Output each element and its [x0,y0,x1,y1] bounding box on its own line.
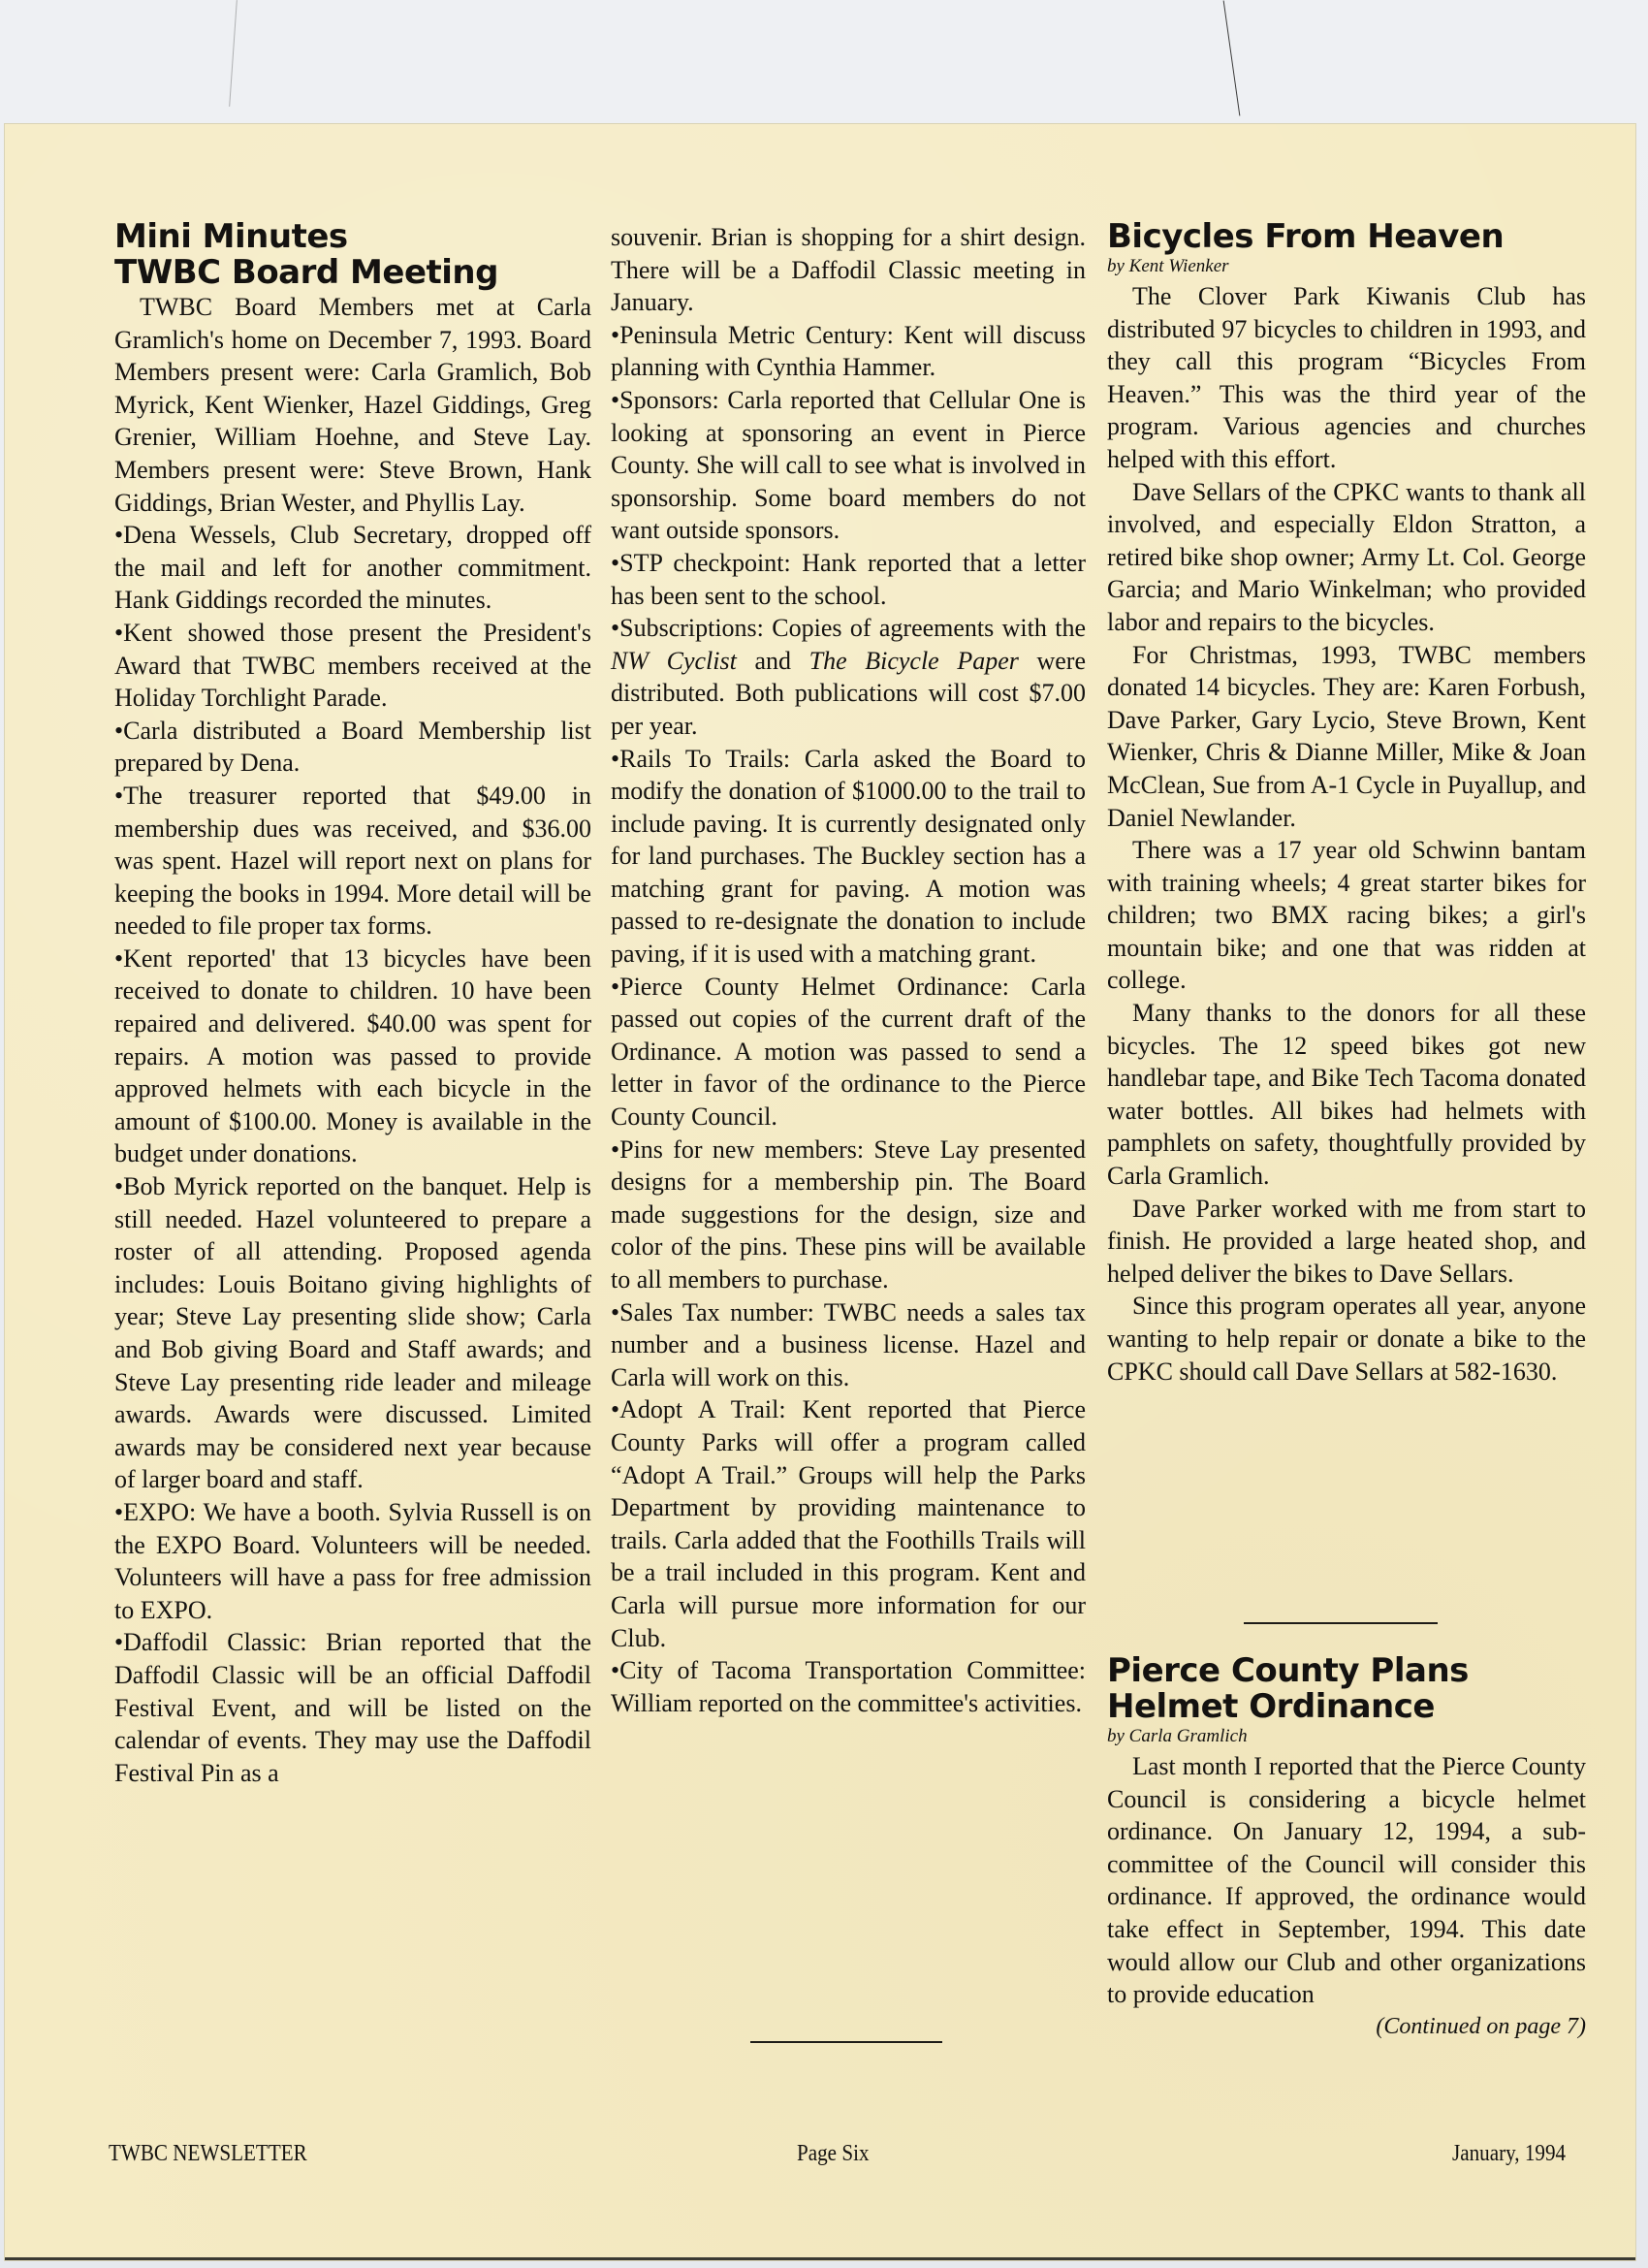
headline-line: Helmet Ordinance [1107,1687,1435,1726]
bullet-item: STP checkpoint: Hank reported that a let… [611,547,1086,612]
publication-title: The Bicycle Paper [809,647,1019,675]
bullet-item: The treasurer reported that $49.00 in me… [114,780,591,942]
section-divider [1244,1622,1438,1624]
bullet-item: Adopt A Trail: Kent reported that Pierce… [611,1393,1086,1654]
headline-line: Pierce County Plans [1107,1651,1469,1690]
bullet-item: Daffodil Classic: Brian reported that th… [114,1626,591,1789]
continued-note: (Continued on page 7) [1107,2011,1586,2042]
article-paragraph: Many thanks to the donors for all these … [1107,997,1586,1193]
bullet-item: City of Tacoma Transportation Committee:… [611,1654,1086,1719]
right-column: Bicycles From Heaven by Kent Wienker The… [1107,219,1586,1388]
publication-title: NW Cyclist [611,647,737,675]
middle-column: souvenir. Brian is shopping for a shirt … [611,221,1086,1719]
bullet-item: Carla distributed a Board Member­ship li… [114,715,591,780]
bullet-item: Sales Tax number: TWBC needs a sales tax… [611,1296,1086,1394]
article-paragraph: For Christmas, 1993, TWBC mem­bers donat… [1107,639,1586,835]
bullet-item: Kent showed those present the President'… [114,617,591,715]
byline: by Carla Gramlich [1107,1725,1586,1748]
article-paragraph: The Clover Park Kiwanis Club has distrib… [1107,280,1586,476]
article-paragraph: Since this program operates all year, an… [1107,1290,1586,1388]
article-paragraph: Dave Parker worked with me from start to… [1107,1193,1586,1291]
intro-paragraph: TWBC Board Members met at Carla Gramlich… [114,291,591,519]
bullet-item: EXPO: We have a booth. Sylvia Russell is… [114,1496,591,1626]
bullet-item: Sponsors: Carla reported that Cellu­lar … [611,384,1086,547]
bullet-item: Rails To Trails: Carla asked the Board t… [611,743,1086,971]
bullet-item: Dena Wessels, Club Secretary, dropped of… [114,519,591,617]
article-paragraph: There was a 17 year old Schwinn bantam w… [1107,834,1586,997]
text-run: and [737,647,809,675]
left-column: Mini Minutes TWBC Board Meeting TWBC Boa… [114,219,591,1789]
continuation-paragraph: souvenir. Brian is shopping for a shirt … [611,221,1086,319]
right-column-article-2: Pierce County Plans Helmet Ordinance by … [1107,1653,1586,2042]
article-headline: Pierce County Plans Helmet Ordinance [1107,1653,1586,1725]
article-paragraph: Dave Sellars of the CPKC wants to thank … [1107,476,1586,639]
bullet-item: Pierce County Helmet Ordinance: Carla pa… [611,971,1086,1134]
headline-line: TWBC Board Meeting [114,253,498,292]
article-headline: Mini Minutes TWBC Board Meeting [114,219,591,291]
bullet-item: Pins for new members: Steve Lay presente… [611,1134,1086,1296]
bullet-item-subscriptions: Subscriptions: Copies of agreements with… [611,612,1086,742]
footer-page-number: Page Six [797,2139,870,2168]
footer-date: January, 1994 [1452,2139,1566,2168]
article-paragraph: Last month I reported that the Pierce Co… [1107,1750,1586,2011]
section-divider [750,2041,942,2043]
byline: by Kent Wienker [1107,255,1586,278]
bullet-item: Kent reported' that 13 bicycles have bee… [114,942,591,1170]
bullet-item: Peninsula Metric Century: Kent will disc… [611,319,1086,384]
footer-newsletter-name: TWBC NEWSLETTER [109,2139,307,2168]
bullet-item: Bob Myrick reported on the banquet. Help… [114,1170,591,1496]
headline-line: Mini Minutes [114,217,348,256]
article-headline: Bicycles From Heaven [1107,219,1586,255]
text-run: Subscriptions: Copies of agreements with… [619,614,1086,642]
